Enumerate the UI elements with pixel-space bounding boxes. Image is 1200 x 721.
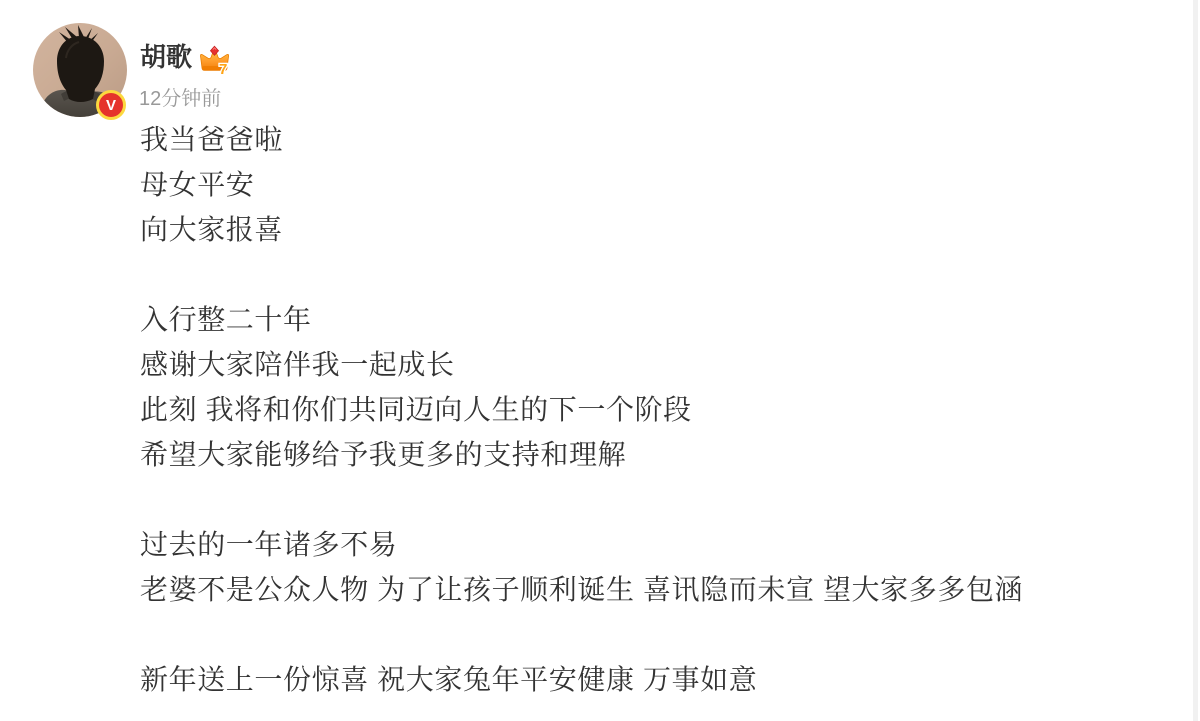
author-name[interactable]: 胡歌 <box>140 42 192 72</box>
avatar[interactable]: V <box>33 23 127 117</box>
vip-level-number: 7 <box>219 61 227 75</box>
vip-crown-icon[interactable]: 7 <box>197 45 232 75</box>
post-timestamp: 12分钟前 <box>139 87 221 111</box>
post-content: 我当爸爸啦 母女平安 向大家报喜 入行整二十年 感谢大家陪伴我一起成长 此刻 我… <box>140 117 1185 702</box>
verified-badge-icon: V <box>96 90 126 120</box>
weibo-post-page: V 胡歌 7 12分钟前 我当爸爸啦 母女平安 向大家报喜 入行整二十年 感谢大… <box>0 0 1200 721</box>
scrollbar[interactable] <box>1193 0 1198 721</box>
